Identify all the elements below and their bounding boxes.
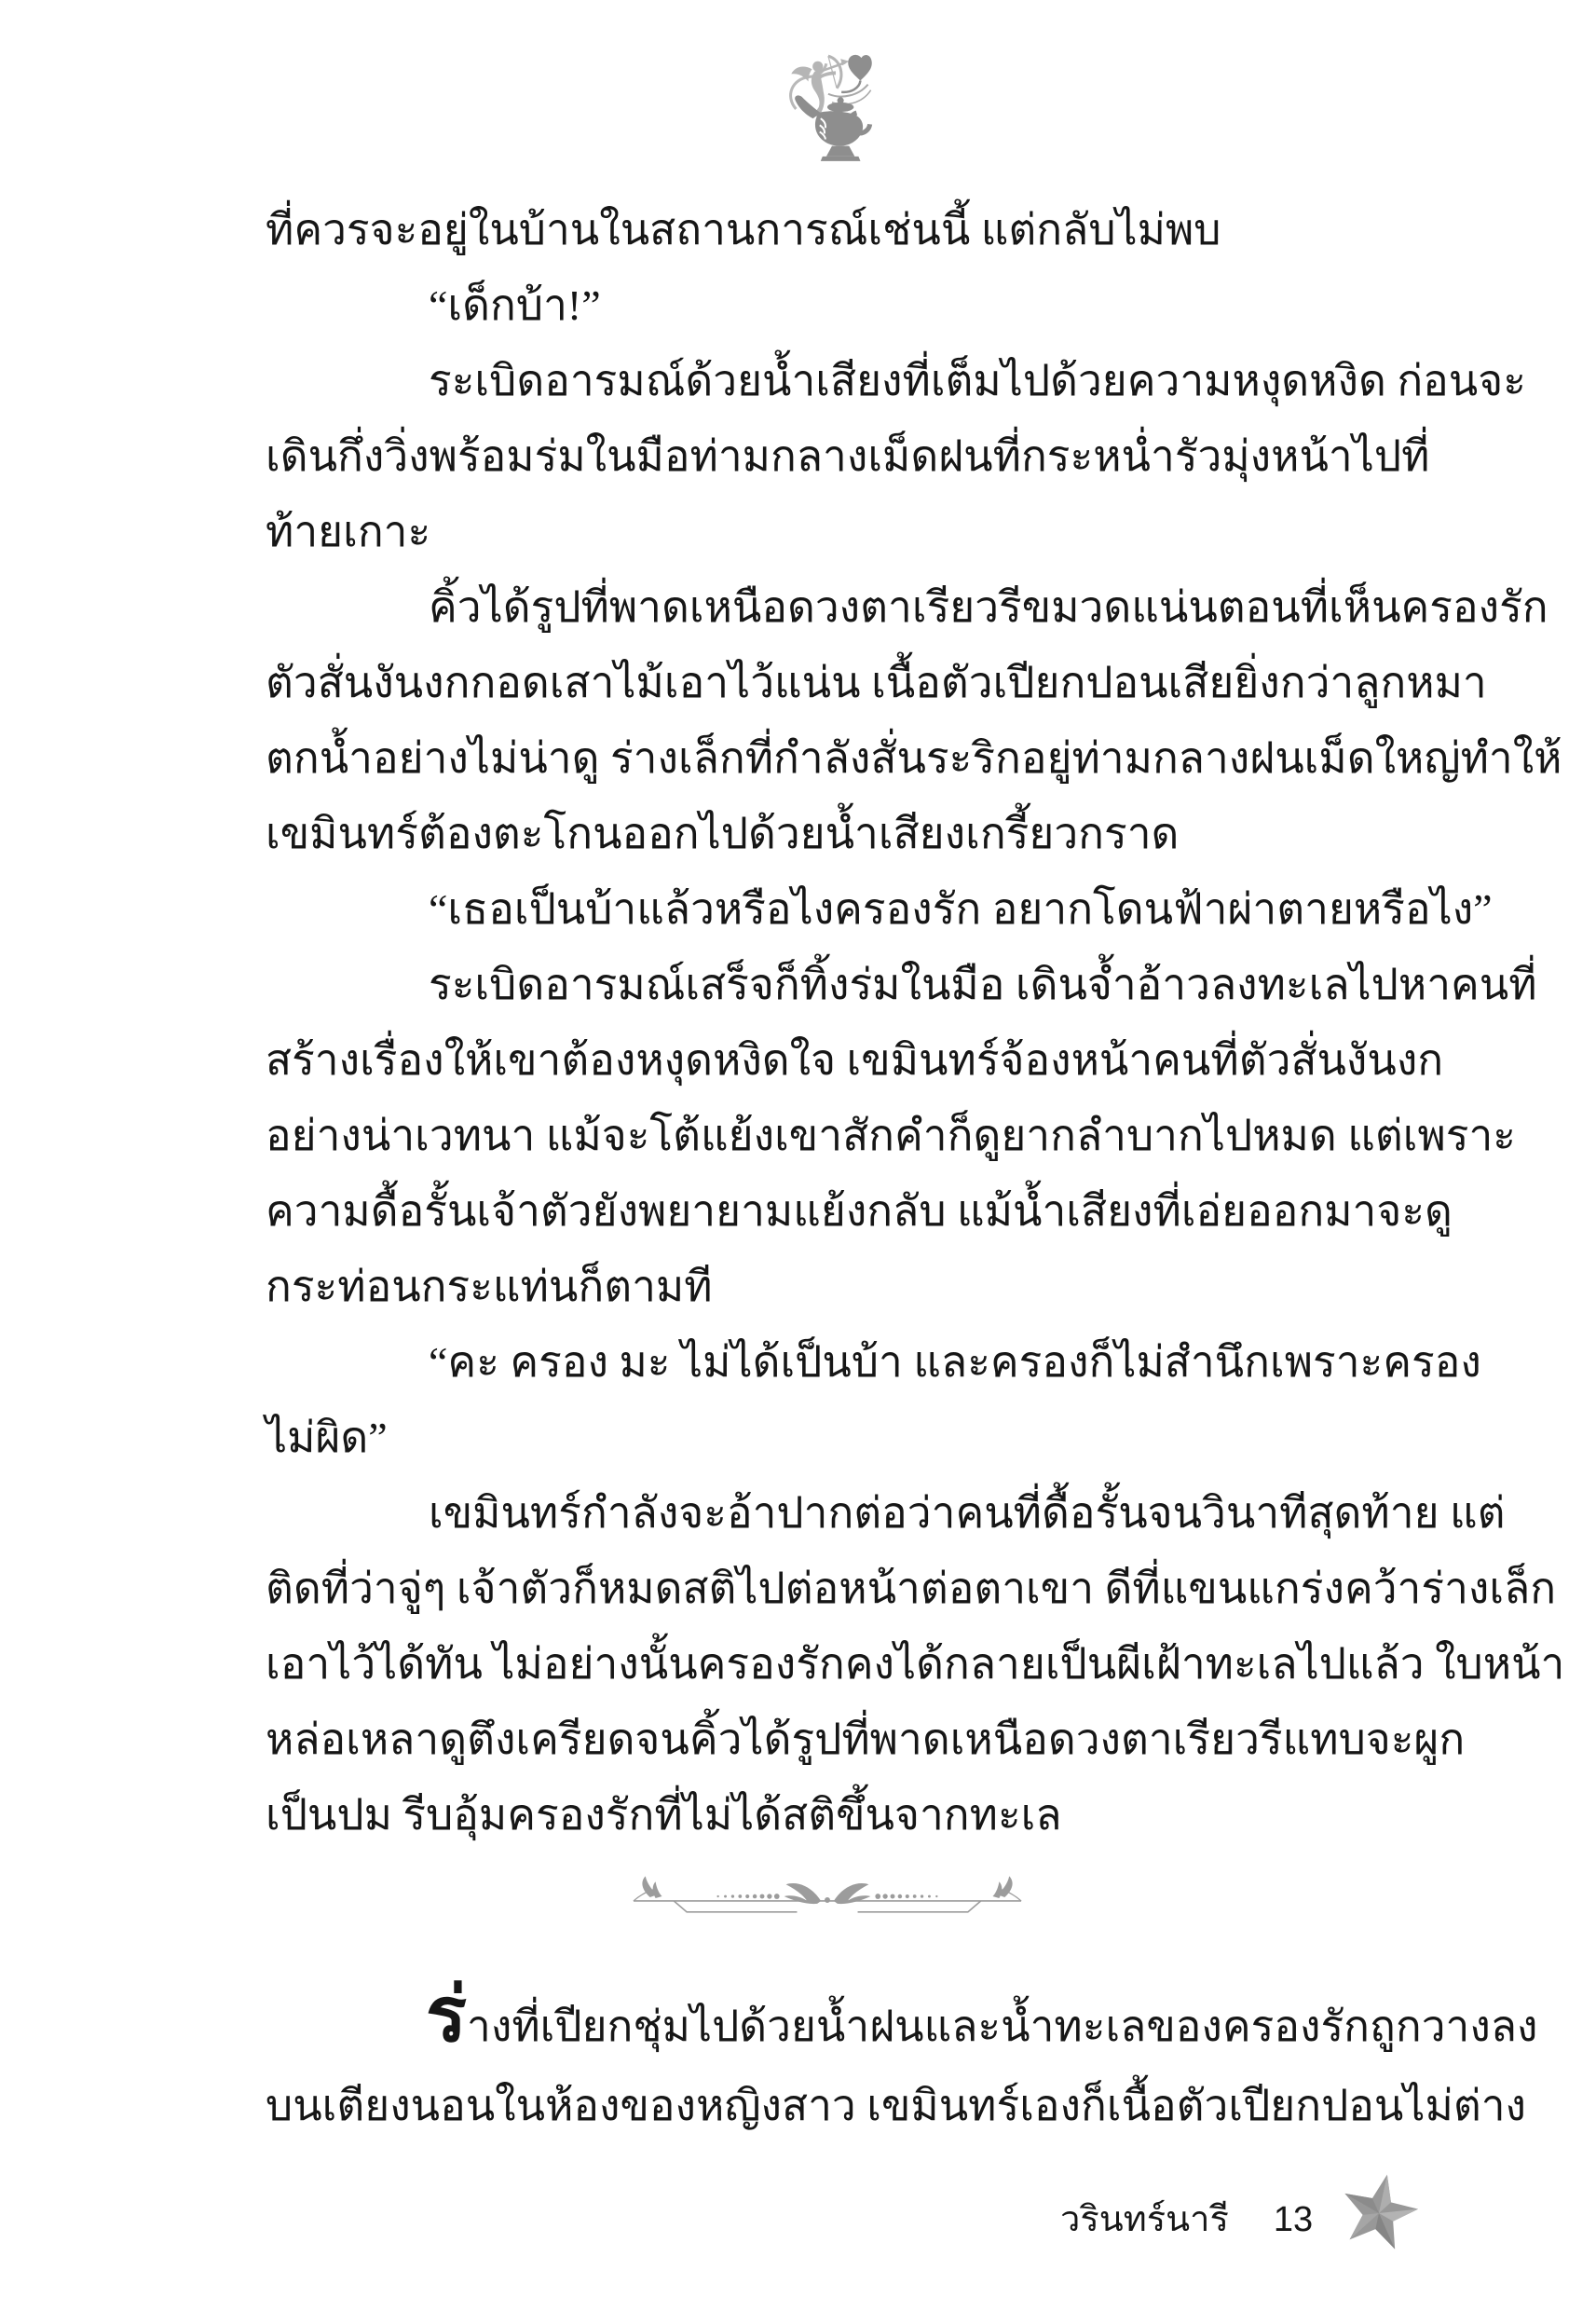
text-line: “คะ ครอง มะ ไม่ได้เป็นบ้า และครองก็ไม่สำ… [266,1324,1344,1400]
footer-book-title: วรินทร์นารี [1060,2190,1229,2247]
text-line-rest: างที่เปียกชุ่มไปด้วยน้ำฝนและน้ำทะเลของคร… [467,2003,1537,2050]
star-icon [1336,2166,1422,2261]
dropcap: ร่ [426,1973,467,2058]
text-line: ตัวสั่นงันงกกอดเสาไม้เอาไว้แน่น เนื้อตัว… [266,645,1344,720]
text-line: เอาไว้ได้ทัน ไม่อย่างนั้นครองรักคงได้กลา… [266,1626,1344,1702]
text-line: ไม่ผิด” [266,1400,1344,1475]
text-line: ระเบิดอารมณ์ด้วยน้ำเสียงที่เต็มไปด้วยควา… [266,343,1344,418]
text-line: กระท่อนกระแท่นก็ตามที [266,1249,1344,1324]
cupid-genie-lamp-icon [781,50,885,166]
text-line: หล่อเหลาดูตึงเครียดจนคิ้วได้รูปที่พาดเหน… [266,1702,1344,1777]
body-text: ที่ควรจะอยู่ในบ้านในสถานการณ์เช่นนี้ แต่… [266,192,1344,1853]
floral-divider-icon [630,1869,1025,1929]
book-page: ที่ควรจะอยู่ในบ้านในสถานการณ์เช่นนี้ แต่… [0,0,1596,2311]
text-line: อย่างน่าเวทนา แม้จะโต้แย้งเขาสักคำก็ดูยา… [266,1098,1344,1173]
text-line: เป็นปม รีบอุ้มครองรักที่ไม่ได้สติขึ้นจาก… [266,1777,1344,1853]
text-line: คิ้วได้รูปที่พาดเหนือดวงตาเรียวรีขมวดแน่… [266,569,1344,645]
heart-icon [848,55,872,81]
text-line: “เธอเป็นบ้าแล้วหรือไงครองรัก อยากโดนฟ้าผ… [266,871,1344,947]
text-line: บนเตียงนอนในห้องของหญิงสาว เขมินทร์เองก็… [266,2066,1346,2145]
text-line: ท้ายเกาะ [266,494,1344,569]
text-line: ที่ควรจะอยู่ในบ้านในสถานการณ์เช่นนี้ แต่… [266,192,1344,267]
text-line: ความดื้อรั้นเจ้าตัวยังพยายามแย้งกลับ แม้… [266,1173,1344,1249]
text-line: ติดที่ว่าจู่ๆ เจ้าตัวก็หมดสติไปต่อหน้าต่… [266,1551,1344,1626]
text-line: ระเบิดอารมณ์เสร็จก็ทิ้งร่มในมือ เดินจ้ำอ… [266,947,1344,1022]
text-line: เดินกึ่งวิ่งพร้อมร่มในมือท่ามกลางเม็ดฝนท… [266,418,1344,494]
text-line: ตกน้ำอย่างไม่น่าดู ร่างเล็กที่กำลังสั่นร… [266,720,1344,796]
footer: วรินทร์นารี 13 [1060,2190,1313,2247]
text-line: เขมินทร์กำลังจะอ้าปากต่อว่าคนที่ดื้อรั้น… [266,1475,1344,1551]
text-line: เขมินทร์ต้องตะโกนออกไปด้วยน้ำเสียงเกรี้ย… [266,796,1344,871]
text-line: “เด็กบ้า!” [266,267,1344,343]
final-paragraph: ร่างที่เปียกชุ่มไปด้วยน้ำฝนและน้ำทะเลของ… [266,1976,1346,2145]
text-line: สร้างเรื่องให้เขาต้องหงุดหงิดใจ เขมินทร์… [266,1022,1344,1098]
footer-page-number: 13 [1274,2200,1313,2240]
text-line: ร่างที่เปียกชุ่มไปด้วยน้ำฝนและน้ำทะเลของ… [266,1976,1346,2066]
